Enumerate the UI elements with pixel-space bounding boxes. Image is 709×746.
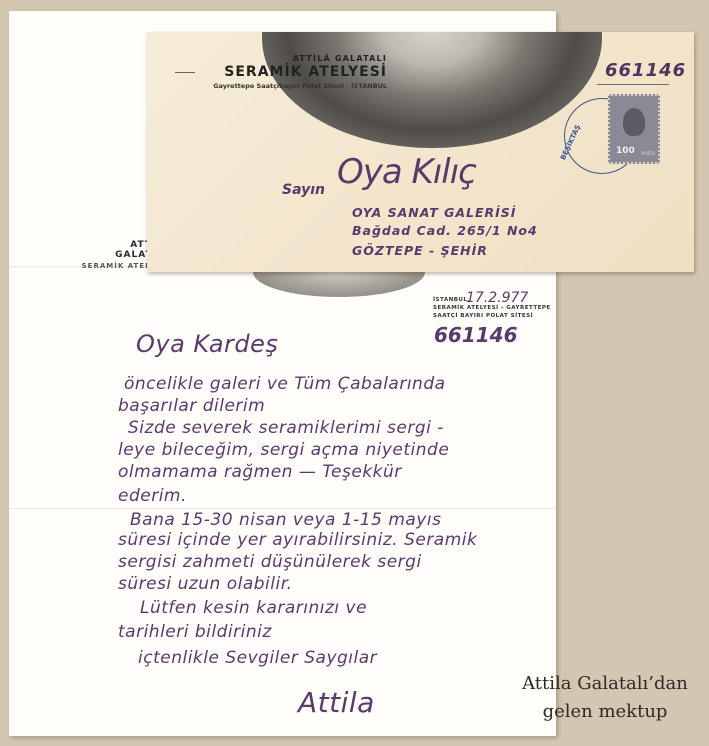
signature: Attila bbox=[298, 686, 375, 719]
envelope-phone-ref: 661146 bbox=[605, 60, 686, 81]
caption-line: Attila Galatalı’dan bbox=[505, 670, 705, 698]
underline bbox=[597, 84, 669, 85]
letter-line: ederim. bbox=[118, 486, 187, 506]
letter-line: süresi uzun olabilir. bbox=[118, 574, 293, 594]
portrait-icon bbox=[623, 108, 645, 136]
sender-address: Gayrettepe Saatçibayırı Polat Sitesi - İ… bbox=[177, 82, 387, 90]
ceramic-plate-image bbox=[262, 32, 602, 148]
recipient-name: Oya Kılıç bbox=[337, 152, 476, 192]
letter-line: öncelikle galeri ve Tüm Çabalarında bbox=[124, 374, 446, 394]
letter-line: başarılar dilerim bbox=[118, 396, 265, 416]
fold-line bbox=[9, 508, 556, 509]
letter-line: Bana 15-30 nisan veya 1-15 mayıs bbox=[130, 510, 441, 530]
letter-line: Sizde severek seramiklerimi sergi - bbox=[128, 418, 444, 438]
stamp-label: POSTA bbox=[642, 151, 655, 156]
letter-line: Lütfen kesin kararınızı ve bbox=[140, 598, 367, 618]
stamp-value: 100 bbox=[616, 146, 635, 156]
postage-stamp: 100 POSTA bbox=[608, 94, 660, 164]
salutation: Sayın bbox=[282, 182, 325, 198]
letter-line: tarihleri bildiriniz bbox=[118, 622, 272, 642]
header-line: SAATÇİ BAYIRI POLAT SİTESİ bbox=[433, 312, 551, 320]
letter-date: 17.2.977 bbox=[466, 290, 528, 306]
envelope: ATTİLÂ GALATALI SERAMİK ATELYESİ Gayrett… bbox=[147, 32, 694, 272]
divider bbox=[175, 72, 195, 73]
sender-name: ATTİLÂ GALATALI bbox=[177, 54, 387, 63]
caption: Attila Galatalı’dan gelen mektup bbox=[505, 670, 705, 726]
letter-line: içtenlikle Sevgiler Saygılar bbox=[138, 648, 377, 668]
address-line: OYA SANAT GALERİSİ bbox=[352, 205, 516, 220]
greeting: Oya Kardeş bbox=[136, 330, 278, 358]
address-line: GÖZTEPE - ŞEHİR bbox=[352, 243, 488, 258]
letter-phone-ref: 661146 bbox=[434, 323, 518, 347]
sender-block: ATTİLÂ GALATALI SERAMİK ATELYESİ Gayrett… bbox=[177, 54, 387, 90]
sender-company: SERAMİK ATELYESİ bbox=[177, 64, 387, 80]
caption-line: gelen mektup bbox=[505, 698, 705, 726]
letter-line: sergisi zahmeti düşünülerek sergi bbox=[118, 552, 422, 572]
address-line: Bağdad Cad. 265/1 No4 bbox=[352, 223, 538, 238]
letter-line: leye bileceğim, sergi açma niyetinde bbox=[118, 440, 449, 460]
letter-line: süresi içinde yer ayırabilirsiniz. Seram… bbox=[118, 530, 477, 550]
letter-line: olmamama rağmen — Teşekkür bbox=[118, 462, 402, 482]
